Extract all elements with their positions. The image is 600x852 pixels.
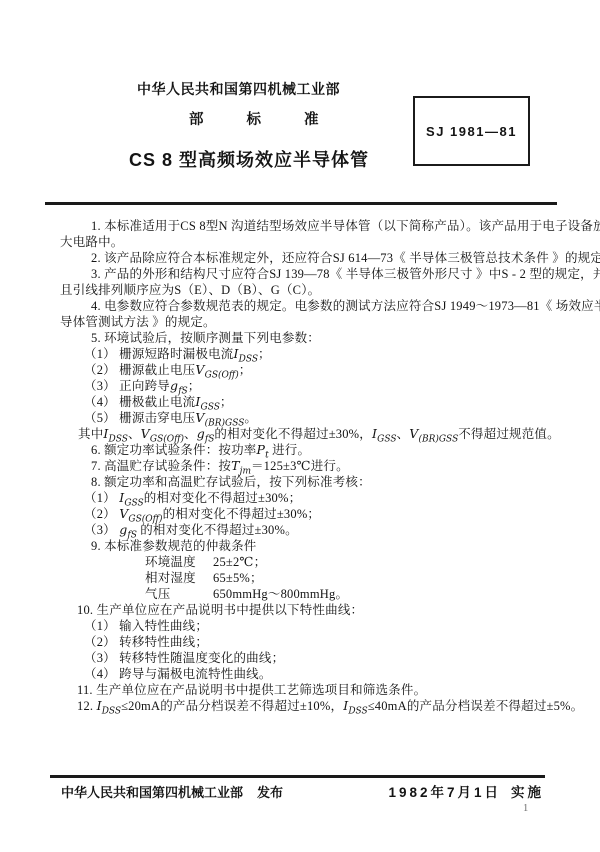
body-line: 其中IDSS、VGS(Off)、gfS的相对变化不得超过±30%，IGSS、V(… [60, 426, 560, 442]
body-line: （3） 正向跨导gfS； [60, 378, 560, 394]
body-line: （1） 输入特性曲线； [60, 618, 560, 634]
body-line: 12. IDSS≤20mA的产品分档误差不得超过±10%，IDSS≤40mA的产… [60, 698, 560, 714]
body-line: （2） 栅源截止电压VGS(Off)； [60, 362, 560, 378]
body-lines: 1. 本标准适用于CS 8型N 沟道结型场效应半导体管（以下简称产品）。该产品用… [60, 218, 560, 714]
footer-issuer-name: 中华人民共和国第四机械工业部 [61, 785, 243, 800]
footer-issue-label: 发布 [257, 785, 283, 800]
condition-label: 气压 [145, 586, 213, 602]
body-line: 5. 环境试验后，按顺序测量下列电参数： [60, 330, 560, 346]
body-line: 导体管测试方法 》的规定。 [60, 314, 560, 330]
body-line: 气压650mmHg～800mmHg。 [60, 586, 560, 602]
footer-implementation: 1982年7月1日实施 [388, 781, 544, 801]
standard-document-page: 中华人民共和国第四机械工业部 部标准 CS 8 型高频场效应半导体管 SJ 19… [0, 0, 600, 852]
body-line: （1） IGSS的相对变化不得超过±30%； [60, 490, 560, 506]
body-line: 环境温度25±2℃； [60, 554, 560, 570]
body-line: （4） 栅极截止电流IGSS； [60, 394, 560, 410]
body-line: （3） gfS 的相对变化不得超过±30%。 [60, 522, 560, 538]
body-line: 6. 额定功率试验条件：按功率Pt 进行。 [60, 442, 560, 458]
body-line: 11. 生产单位应在产品说明书中提供工艺筛选项目和筛选条件。 [60, 682, 560, 698]
issuing-organization: 中华人民共和国第四机械工业部 [137, 79, 340, 99]
implementation-label: 实施 [511, 785, 544, 800]
body-line: 且引线排列顺序应为S（E）、D（B）、G（C）。 [60, 282, 560, 298]
body-line: （2） VGS(Off)的相对变化不得超过±30%； [60, 506, 560, 522]
body-line: 9. 本标准参数规范的仲裁条件 [60, 538, 560, 554]
header-divider-rule [45, 202, 557, 205]
body-line: （4） 跨导与漏极电流特性曲线。 [60, 666, 560, 682]
body-line: （3） 转移特性随温度变化的曲线； [60, 650, 560, 666]
body-line: （2） 转移特性曲线； [60, 634, 560, 650]
body-line: 4. 电参数应符合参数规范表的规定。电参数的测试方法应符合SJ 1949～197… [60, 298, 560, 314]
body-line: 7. 高温贮存试验条件：按Tjm＝125±3℃进行。 [60, 458, 560, 474]
standard-type-label: 部标准 [189, 108, 362, 129]
page-number: 1 [523, 803, 528, 814]
body-line: 10. 生产单位应在产品说明书中提供以下特性曲线： [60, 602, 560, 618]
footer-issuer: 中华人民共和国第四机械工业部发布 [61, 782, 283, 801]
body-line: 相对湿度65±5%； [60, 570, 560, 586]
body-line: （5） 栅源击穿电压V(BR)GSS。 [60, 410, 560, 426]
body-line: 3. 产品的外形和结构尺寸应符合SJ 139—78《 半导体三极管外形尺寸 》中… [60, 266, 560, 282]
body-line: 1. 本标准适用于CS 8型N 沟道结型场效应半导体管（以下简称产品）。该产品用… [60, 218, 560, 234]
condition-label: 相对湿度 [145, 570, 213, 586]
body-line: （1） 栅源短路时漏极电流IDSS； [60, 346, 560, 362]
standard-number: SJ 1981—81 [426, 124, 517, 139]
implementation-date: 1982年7月1日 [388, 785, 501, 800]
footer-divider-rule [50, 775, 545, 778]
body-line: 2. 该产品除应符合本标准规定外，还应符合SJ 614—73《 半导体三极管总技… [60, 250, 560, 266]
condition-label: 环境温度 [145, 554, 213, 570]
standard-number-box: SJ 1981—81 [413, 96, 530, 166]
body-line: 大电路中。 [60, 234, 560, 250]
body-line: 8. 额定功率和高温贮存试验后，按下列标准考核： [60, 474, 560, 490]
document-title: CS 8 型高频场效应半导体管 [129, 146, 369, 172]
